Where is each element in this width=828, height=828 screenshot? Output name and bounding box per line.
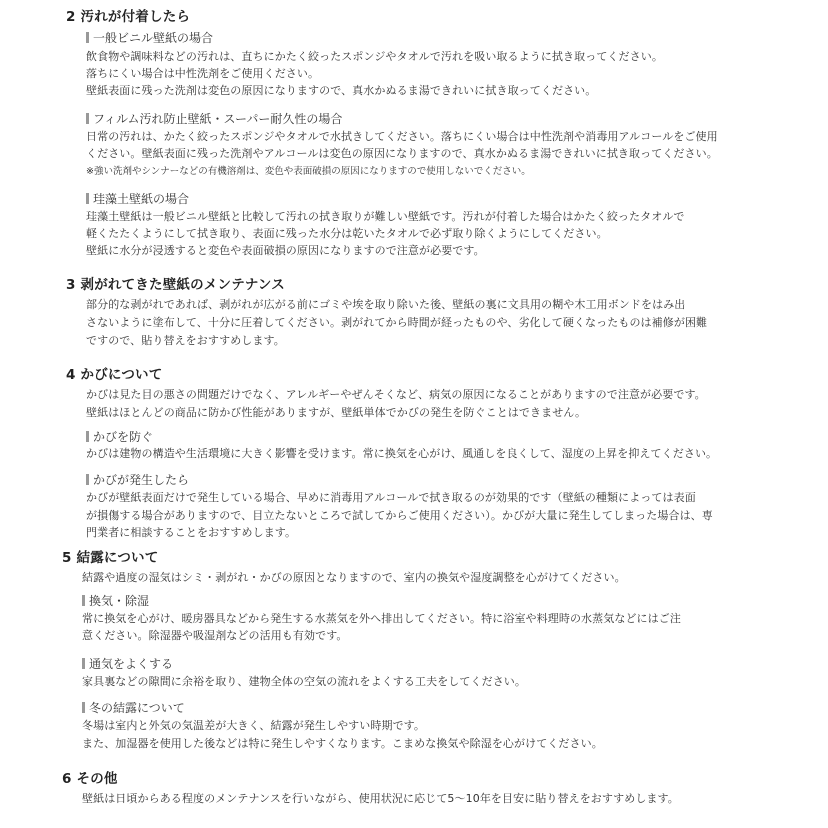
section-heading-2: 2 汚れが付着したら (66, 5, 190, 25)
section-heading-6: 6 その他 (62, 767, 118, 787)
body-line: ですので、貼り替えをおすすめします。 (86, 332, 285, 348)
bullet-bar-icon (82, 658, 85, 669)
note-line: ※強い洗剤やシンナーなどの有機溶剤は、変色や表面破損の原因になりますので使用しな… (86, 163, 531, 177)
body-line: が損傷する場合がありますので、目立たないところで試してからご使用ください）。かび… (86, 507, 713, 523)
body-line: 落ちにくい場合は中性洗剤をご使用ください。 (86, 65, 319, 81)
body-line: かびは建物の構造や生活環境に大きく影響を受けます。常に換気を心がけ、風通しを良く… (86, 445, 717, 461)
body-line: 門業者に相談することをおすすめします。 (86, 524, 296, 540)
body-line: 珪藻土壁紙は一般ビニル壁紙と比較して汚れの拭き取りが難しい壁紙です。汚れが付着し… (86, 208, 685, 224)
body-line: 飲食物や調味料などの汚れは、直ちにかたく絞ったスポンジやタオルで汚れを吸い取るよ… (86, 48, 663, 64)
subheading-prevent-mold: かびを防ぐ (86, 428, 153, 445)
subheading-airflow: 通気をよくする (82, 655, 173, 672)
subheading-winter-condensation: 冬の結露について (82, 699, 185, 716)
subheading-film: フィルム汚れ防止壁紙・スーパー耐久性の場合 (86, 110, 342, 127)
subheading-label: 換気・除湿 (89, 594, 149, 608)
bullet-bar-icon (86, 431, 89, 442)
subheading-diatomite: 珪藻土壁紙の場合 (86, 190, 189, 207)
subheading-label: 珪藻土壁紙の場合 (93, 192, 189, 206)
body-line: 意ください。除湿器や吸湿剤などの活用も有効です。 (82, 627, 348, 643)
body-line: 部分的な剥がれであれば、剥がれが広がる前にゴミや埃を取り除いた後、壁紙の裏に文具… (86, 296, 685, 312)
body-line: さないように塗布して、十分に圧着してください。剥がれてから時間が経ったものや、劣… (86, 314, 707, 330)
subheading-label: 通気をよくする (89, 657, 173, 671)
subheading-label: 冬の結露について (89, 701, 185, 715)
subheading-label: かびが発生したら (93, 473, 189, 487)
body-line: 家具裏などの隙間に余裕を取り、建物全体の空気の流れをよくする工夫をしてください。 (82, 673, 526, 689)
subheading-label: かびを防ぐ (93, 430, 153, 444)
subheading-mold-occurs: かびが発生したら (86, 471, 189, 488)
subheading-ventilation: 換気・除湿 (82, 592, 149, 609)
subheading-label: フィルム汚れ防止壁紙・スーパー耐久性の場合 (93, 112, 342, 126)
bullet-bar-icon (86, 113, 89, 124)
section-heading-4: 4 かびについて (66, 363, 162, 383)
bullet-bar-icon (86, 32, 89, 43)
body-line: 冬場は室内と外気の気温差が大きく、結露が発生しやすい時期です。 (82, 717, 425, 733)
body-line: 壁紙は日頃からある程度のメンテナンスを行いながら、使用状況に応じて5～10年を目… (82, 790, 679, 806)
bullet-bar-icon (86, 474, 89, 485)
body-line: かびが壁紙表面だけで発生している場合、早めに消毒用アルコールで拭き取るのが効果的… (86, 489, 696, 505)
body-line: 壁紙に水分が浸透すると変色や表面破損の原因になりますので注意が必要です。 (86, 242, 485, 258)
body-line: かびは見た目の悪さの問題だけでなく、アレルギーやぜんそくなど、病気の原因になるこ… (86, 386, 706, 402)
body-line: ください。壁紙表面に残った洗剤やアルコールは変色の原因になりますので、真水かぬる… (86, 145, 718, 161)
body-line: 常に換気を心がけ、暖房器具などから発生する水蒸気を外へ排出してください。特に浴室… (82, 610, 681, 626)
section-heading-3: 3 剥がれてきた壁紙のメンテナンス (66, 273, 285, 293)
subheading-vinyl: 一般ビニル壁紙の場合 (86, 29, 213, 46)
bullet-bar-icon (82, 702, 85, 713)
body-line: また、加湿器を使用した後などは特に発生しやすくなります。こまめな換気や除湿を心が… (82, 735, 603, 751)
bullet-bar-icon (86, 193, 89, 204)
body-line: 壁紙表面に残った洗剤は変色の原因になりますので、真水かぬるま湯できれいに拭き取っ… (86, 82, 596, 98)
section-heading-5: 5 結露について (62, 546, 158, 566)
bullet-bar-icon (82, 595, 85, 606)
body-line: 壁紙はほとんどの商品に防かび性能がありますが、壁紙単体でかびの発生を防ぐことはで… (86, 404, 586, 420)
body-line: 日常の汚れは、かたく絞ったスポンジやタオルで水拭きしてください。落ちにくい場合は… (86, 128, 718, 144)
body-line: 結露や過度の湿気はシミ・剥がれ・かびの原因となりますので、室内の換気や湿度調整を… (82, 569, 626, 585)
body-line: 軽くたたくようにして拭き取り、表面に残った水分は乾いたタオルで必ず取り除くように… (86, 225, 608, 241)
subheading-label: 一般ビニル壁紙の場合 (93, 31, 213, 45)
